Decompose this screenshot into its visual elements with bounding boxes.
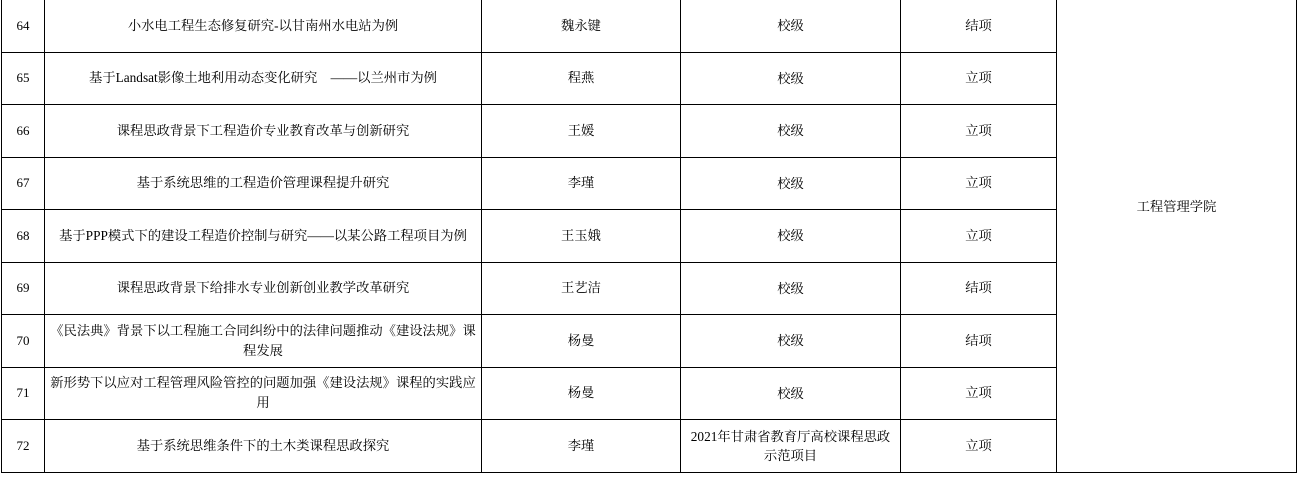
project-status-cell[interactable]: 结项	[901, 263, 1057, 316]
leader-name-cell[interactable]: 王玉娥	[482, 210, 681, 263]
project-level-cell[interactable]: 校级	[681, 53, 901, 106]
project-level-cell[interactable]: 校级	[681, 105, 901, 158]
project-level-cell[interactable]: 校级	[681, 210, 901, 263]
leader-name-cell[interactable]: 王媛	[482, 105, 681, 158]
spreadsheet-table-view: 64 小水电工程生态修复研究-以甘南州水电站为例 魏永键 校级 结项 65 基于…	[0, 0, 1300, 478]
project-level-cell[interactable]: 2021年甘肃省教育厅高校课程思政示范项目	[681, 420, 901, 473]
college-merged-cell[interactable]: 工程管理学院	[1057, 0, 1297, 473]
row-number-cell[interactable]: 72	[1, 420, 45, 473]
project-status-cell[interactable]: 立项	[901, 105, 1057, 158]
project-title-cell[interactable]: 小水电工程生态修复研究-以甘南州水电站为例	[45, 0, 482, 53]
project-status-cell[interactable]: 结项	[901, 315, 1057, 368]
row-number-cell[interactable]: 71	[1, 368, 45, 421]
project-level-cell[interactable]: 校级	[681, 368, 901, 421]
leader-name-cell[interactable]: 魏永键	[482, 0, 681, 53]
project-status-cell[interactable]: 立项	[901, 420, 1057, 473]
leader-name-cell[interactable]: 杨曼	[482, 315, 681, 368]
project-level-cell[interactable]: 校级	[681, 263, 901, 316]
leader-name-cell[interactable]: 杨曼	[482, 368, 681, 421]
project-level-cell[interactable]: 校级	[681, 158, 901, 211]
project-title-cell[interactable]: 《民法典》背景下以工程施工合同纠纷中的法律问题推动《建设法规》课程发展	[45, 315, 482, 368]
project-status-cell[interactable]: 立项	[901, 368, 1057, 421]
project-title-cell[interactable]: 课程思政背景下工程造价专业教育改革与创新研究	[45, 105, 482, 158]
row-number-cell[interactable]: 66	[1, 105, 45, 158]
project-title-cell[interactable]: 课程思政背景下给排水专业创新创业教学改革研究	[45, 263, 482, 316]
leader-name-cell[interactable]: 李瑾	[482, 420, 681, 473]
project-status-cell[interactable]: 立项	[901, 158, 1057, 211]
project-title-cell[interactable]: 基于PPP模式下的建设工程造价控制与研究——以某公路工程项目为例	[45, 210, 482, 263]
project-title-cell[interactable]: 基于Landsat影像土地利用动态变化研究 ——以兰州市为例	[45, 53, 482, 106]
project-status-cell[interactable]: 立项	[901, 210, 1057, 263]
row-number-cell[interactable]: 67	[1, 158, 45, 211]
row-number-cell[interactable]: 70	[1, 315, 45, 368]
row-number-cell[interactable]: 68	[1, 210, 45, 263]
project-title-cell[interactable]: 新形势下以应对工程管理风险管控的问题加强《建设法规》课程的实践应用	[45, 368, 482, 421]
project-status-cell[interactable]: 结项	[901, 0, 1057, 53]
project-status-cell[interactable]: 立项	[901, 53, 1057, 106]
project-table: 64 小水电工程生态修复研究-以甘南州水电站为例 魏永键 校级 结项 65 基于…	[1, 0, 1057, 473]
leader-name-cell[interactable]: 程燕	[482, 53, 681, 106]
project-title-cell[interactable]: 基于系统思维的工程造价管理课程提升研究	[45, 158, 482, 211]
leader-name-cell[interactable]: 李瑾	[482, 158, 681, 211]
project-level-cell[interactable]: 校级	[681, 0, 901, 53]
leader-name-cell[interactable]: 王艺洁	[482, 263, 681, 316]
row-number-cell[interactable]: 64	[1, 0, 45, 53]
row-number-cell[interactable]: 69	[1, 263, 45, 316]
project-level-cell[interactable]: 校级	[681, 315, 901, 368]
row-number-cell[interactable]: 65	[1, 53, 45, 106]
project-title-cell[interactable]: 基于系统思维条件下的土木类课程思政探究	[45, 420, 482, 473]
